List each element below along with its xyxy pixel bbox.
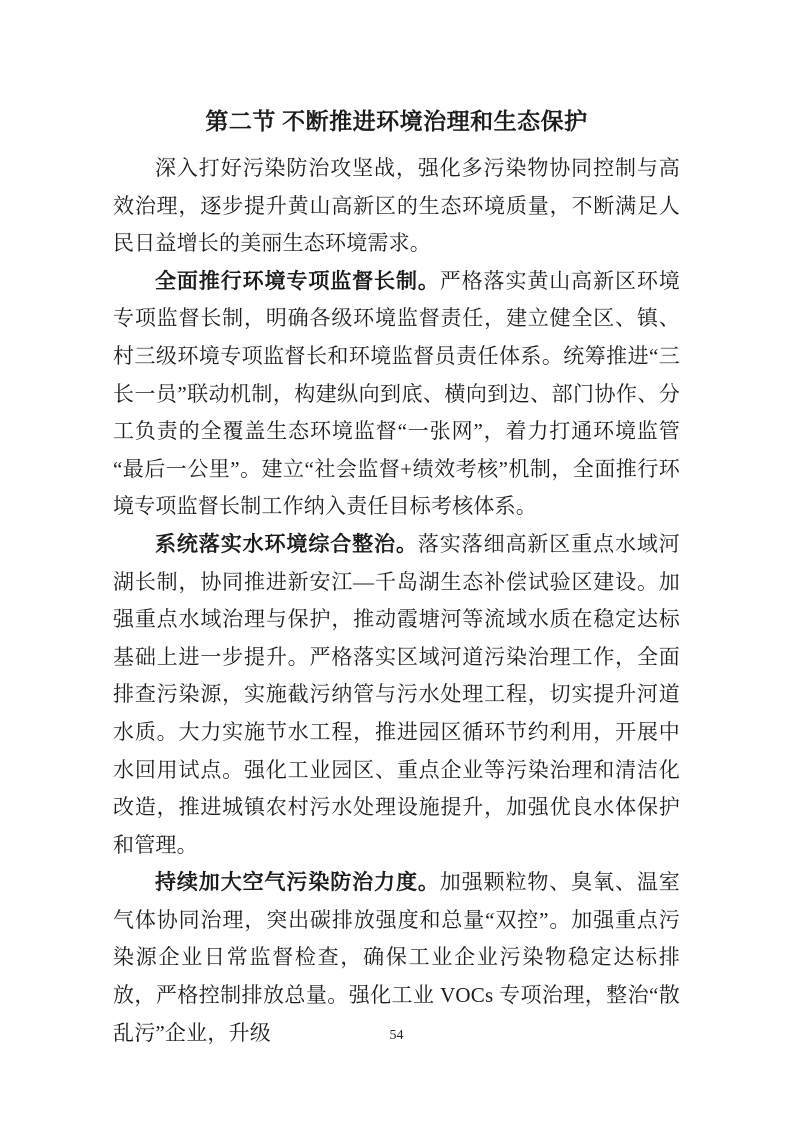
document-content: 第二节 不断推进环境治理和生态保护 深入打好污染防治攻坚战，强化多污染物协同控制… <box>113 101 680 1052</box>
paragraph-air: 持续加大空气污染防治力度。加强颗粒物、臭氧、温室气体协同治理，突出碳排放强度和总… <box>113 864 680 1052</box>
section-title: 第二节 不断推进环境治理和生态保护 <box>113 101 680 143</box>
paragraph-lead: 全面推行环境专项监督长制。 <box>155 269 440 293</box>
paragraph-text: 深入打好污染防治攻坚战，强化多污染物协同控制与高效治理，逐步提升黄山高新区的生态… <box>113 156 680 255</box>
paragraph-lead: 持续加大空气污染防治力度。 <box>155 870 440 894</box>
document-page: 第二节 不断推进环境治理和生态保护 深入打好污染防治攻坚战，强化多污染物协同控制… <box>0 0 793 1122</box>
paragraph-lead: 系统落实水环境综合整治。 <box>155 532 418 556</box>
paragraph-text: 严格落实黄山高新区环境专项监督长制，明确各级环境监督责任，建立健全区、镇、村三级… <box>113 269 680 519</box>
paragraph-intro: 深入打好污染防治攻坚战，强化多污染物协同控制与高效治理，逐步提升黄山高新区的生态… <box>113 150 680 263</box>
paragraph-supervision: 全面推行环境专项监督长制。严格落实黄山高新区环境专项监督长制，明确各级环境监督责… <box>113 263 680 526</box>
paragraph-text: 加强颗粒物、臭氧、温室气体协同治理，突出碳排放强度和总量“双控”。加强重点污染源… <box>113 870 680 1044</box>
paragraph-text: 落实落细高新区重点水域河湖长制，协同推进新安江—千岛湖生态补偿试验区建设。加强重… <box>113 532 680 857</box>
paragraph-water: 系统落实水环境综合整治。落实落细高新区重点水域河湖长制，协同推进新安江—千岛湖生… <box>113 526 680 864</box>
page-number: 54 <box>0 1026 793 1046</box>
